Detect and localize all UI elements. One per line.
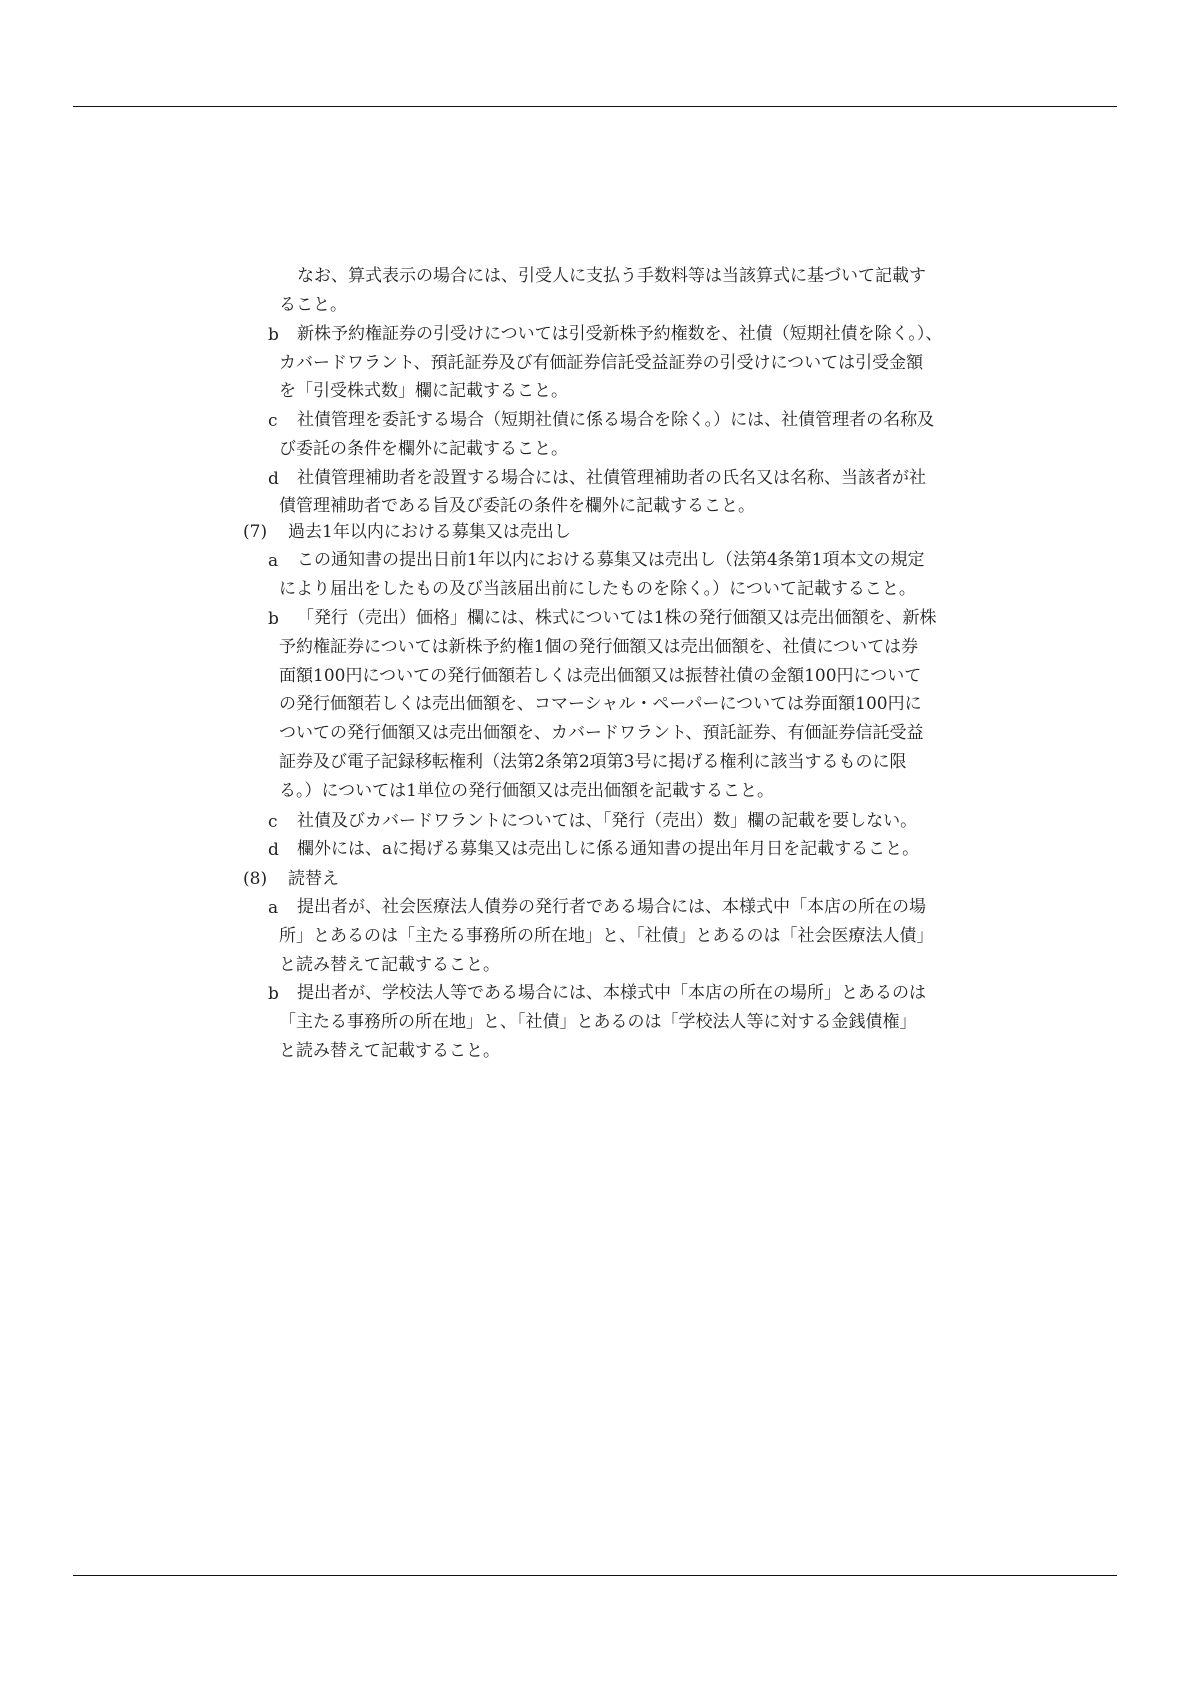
item-label: b (268, 984, 279, 1004)
paragraph-line: 提出者が、学校法人等である場合には、本様式中「本店の所在の場所」とあるのは (297, 983, 926, 1003)
paragraph-line: 欄外には、aに掲げる募集又は売出しに係る通知書の提出年月日を記載すること。 (297, 839, 919, 859)
section-title: 読替え (288, 869, 339, 889)
item-label: d (268, 840, 279, 860)
paragraph-line: 「発行（売出）価格」欄には、株式については1株の発行価額又は売出価額を、新株 (297, 608, 936, 628)
paragraph-line: の発行価額若しくは売出価額を、コマーシャル・ペーパーについては券面額100円に (279, 694, 922, 714)
paragraph-line: 提出者が、社会医療法人債券の発行者である場合には、本様式中「本店の所在の場 (297, 897, 926, 917)
paragraph-line: なお、算式表示の場合には、引受人に支払う手数料等は当該算式に基づいて記載す (297, 266, 926, 286)
item-label: c (268, 411, 278, 431)
section-number: (8) (243, 869, 267, 889)
paragraph-line: 債管理補助者である旨及び委託の条件を欄外に記載すること。 (279, 496, 755, 516)
paragraph-line: 面額100円についての発行価額若しくは売出価額又は振替社債の金額100円について (279, 666, 921, 686)
paragraph-line: と読み替えて記載すること。 (279, 1041, 500, 1061)
paragraph-line: この通知書の提出日前1年以内における募集又は売出し（法第4条第1項本文の規定 (297, 550, 924, 570)
section-title: 過去1年以内における募集又は売出し (288, 522, 571, 542)
paragraph-line: ついての発行価額又は売出価額を、カバードワラント、預託証券、有価証券信託受益 (279, 723, 923, 743)
paragraph-line: 予約権証券については新株予約権1個の発行価額又は売出価額を、社債については券 (279, 637, 918, 657)
item-label: a (268, 551, 278, 571)
paragraph-line: を「引受株式数」欄に記載すること。 (279, 381, 568, 401)
paragraph-line: 社債管理補助者を設置する場合には、社債管理補助者の氏名又は名称、当該者が社 (297, 468, 926, 488)
item-label: a (268, 898, 278, 918)
item-label: c (268, 812, 278, 832)
paragraph-line: 証券及び電子記録移転権利（法第2条第2項第3号に掲げる権利に該当するものに限 (279, 752, 906, 772)
section-number: (7) (243, 522, 267, 542)
paragraph-line: により届出をしたもの及び当該届出前にしたものを除く。）について記載すること。 (279, 579, 916, 599)
footer-rule (73, 1575, 1117, 1576)
paragraph-line: 社債及びカバードワラントについては、「発行（売出）数」欄の記載を要しない。 (297, 811, 917, 831)
paragraph-line: と読み替えて記載すること。 (279, 955, 500, 975)
paragraph-line: る。）については1単位の発行価額又は売出価額を記載すること。 (279, 781, 774, 801)
item-label: b (268, 325, 279, 345)
paragraph-line: ること。 (279, 295, 347, 315)
paragraph-line: 「主たる事務所の所在地」と、「社債」とあるのは「学校法人等に対する金銭債権」 (279, 1012, 917, 1032)
item-label: b (268, 609, 279, 629)
paragraph-line: 所」とあるのは「主たる事務所の所在地」と、「社債」とあるのは「社会医療法人債」 (279, 926, 934, 946)
paragraph-line: び委託の条件を欄外に記載すること。 (279, 439, 568, 459)
paragraph-line: 社債管理を委託する場合（短期社債に係る場合を除く。）には、社債管理者の名称及 (297, 410, 934, 430)
header-rule (73, 106, 1117, 107)
paragraph-line: カバードワラント、預託証券及び有価証券信託受益証券の引受けについては引受金額 (279, 353, 923, 373)
item-label: d (268, 469, 279, 489)
paragraph-line: 新株予約権証券の引受けについては引受新株予約権数を、社債（短期社債を除く。）、 (297, 324, 942, 344)
